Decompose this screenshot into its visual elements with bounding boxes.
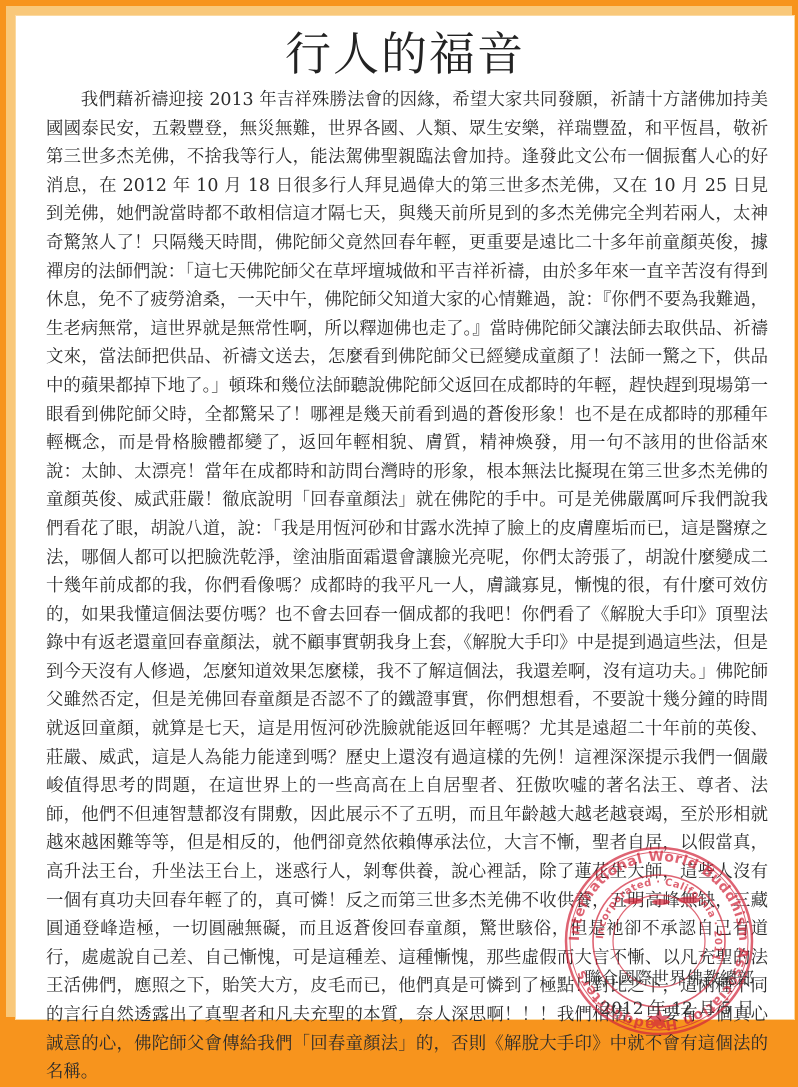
body-paragraph: 我們藉祈禱迎接 2013 年吉祥殊勝法會的因緣，希望大家共同發願，祈請十方諸佛加… [46, 86, 768, 1023]
signature-date: 2012 年 12 月 5 日 [584, 994, 754, 1023]
page-border: 行人的福音 我們藉祈禱迎接 2013 年吉祥殊勝法會的因緣，希望大家共同發願，祈… [6, 6, 792, 1017]
document-body: 我們藉祈禱迎接 2013 年吉祥殊勝法會的因緣，希望大家共同發願，祈請十方諸佛加… [46, 86, 768, 1023]
document-title: 行人的福音 [16, 26, 794, 82]
signature-block: 聯合國際世界佛教總部 2012 年 12 月 5 日 [584, 964, 754, 1023]
signature-organization: 聯合國際世界佛教總部 [584, 964, 754, 994]
document-page: 行人的福音 我們藉祈禱迎接 2013 年吉祥殊勝法會的因緣，希望大家共同發願，祈… [15, 15, 795, 1020]
